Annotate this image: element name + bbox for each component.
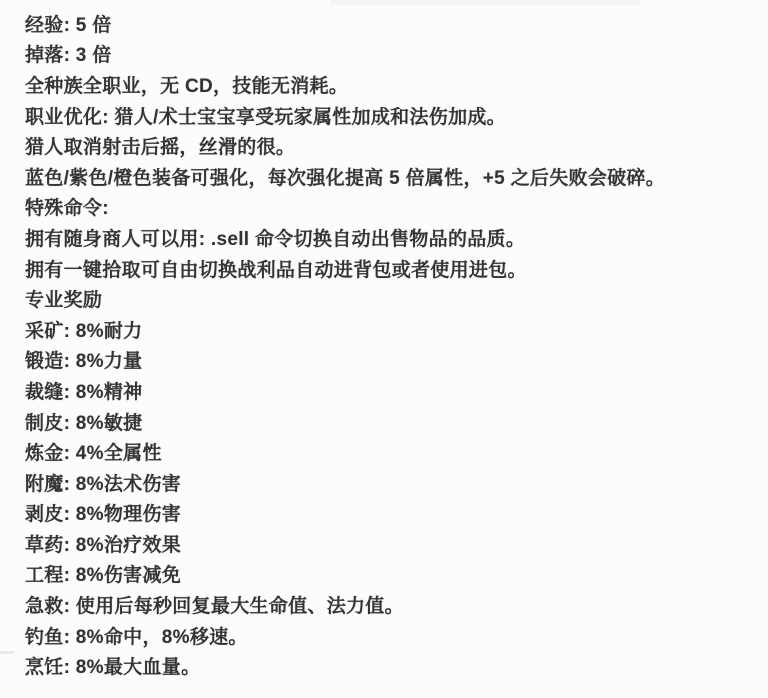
first-aid-bonus-line: 急救: 使用后每秒回复最大生命值、法力值。 xyxy=(25,589,745,620)
hunter-tweak-line: 猎人取消射击后摇，丝滑的很。 xyxy=(25,130,745,161)
fishing-bonus-line: 钓鱼: 8%命中，8%移速。 xyxy=(25,620,745,651)
skinning-bonus-line: 剥皮: 8%物理伤害 xyxy=(25,498,745,529)
alchemy-bonus-line: 炼金: 4%全属性 xyxy=(25,436,745,467)
special-commands-heading: 特殊命令: xyxy=(25,192,745,223)
races-classes-line: 全种族全职业，无 CD，技能无消耗。 xyxy=(25,69,745,100)
herbalism-bonus-line: 草药: 8%治疗效果 xyxy=(25,528,745,559)
blacksmithing-bonus-line: 锻造: 8%力量 xyxy=(25,345,745,376)
leatherworking-bonus-line: 制皮: 8%敏捷 xyxy=(25,406,745,437)
drop-rate-line: 掉落: 3 倍 xyxy=(25,39,745,70)
scan-artifact-left xyxy=(0,651,14,654)
tailoring-bonus-line: 裁缝: 8%精神 xyxy=(25,375,745,406)
engineering-bonus-line: 工程: 8%伤害减免 xyxy=(25,559,745,590)
xp-rate-line: 经验: 5 倍 xyxy=(25,8,745,39)
cropped-text-artifact-top xyxy=(330,0,640,5)
sell-command-line: 拥有随身商人可以用: .sell 命令切换自动出售物品的品质。 xyxy=(25,222,745,253)
class-optimization-line: 职业优化: 猎人/术士宝宝享受玩家属性加成和法伤加成。 xyxy=(25,100,745,131)
mining-bonus-line: 采矿: 8%耐力 xyxy=(25,314,745,345)
cooking-bonus-line: 烹饪: 8%最大血量。 xyxy=(25,650,745,681)
equipment-enhance-line: 蓝色/紫色/橙色装备可强化，每次强化提高 5 倍属性，+5 之后失败会破碎。 xyxy=(25,161,745,192)
enchanting-bonus-line: 附魔: 8%法术伤害 xyxy=(25,467,745,498)
profession-rewards-heading: 专业奖励 xyxy=(25,283,745,314)
server-rules-document: 经验: 5 倍 掉落: 3 倍 全种族全职业，无 CD，技能无消耗。 职业优化:… xyxy=(25,8,745,681)
loot-pickup-line: 拥有一键拾取可自由切换战利品自动进背包或者使用进包。 xyxy=(25,253,745,284)
